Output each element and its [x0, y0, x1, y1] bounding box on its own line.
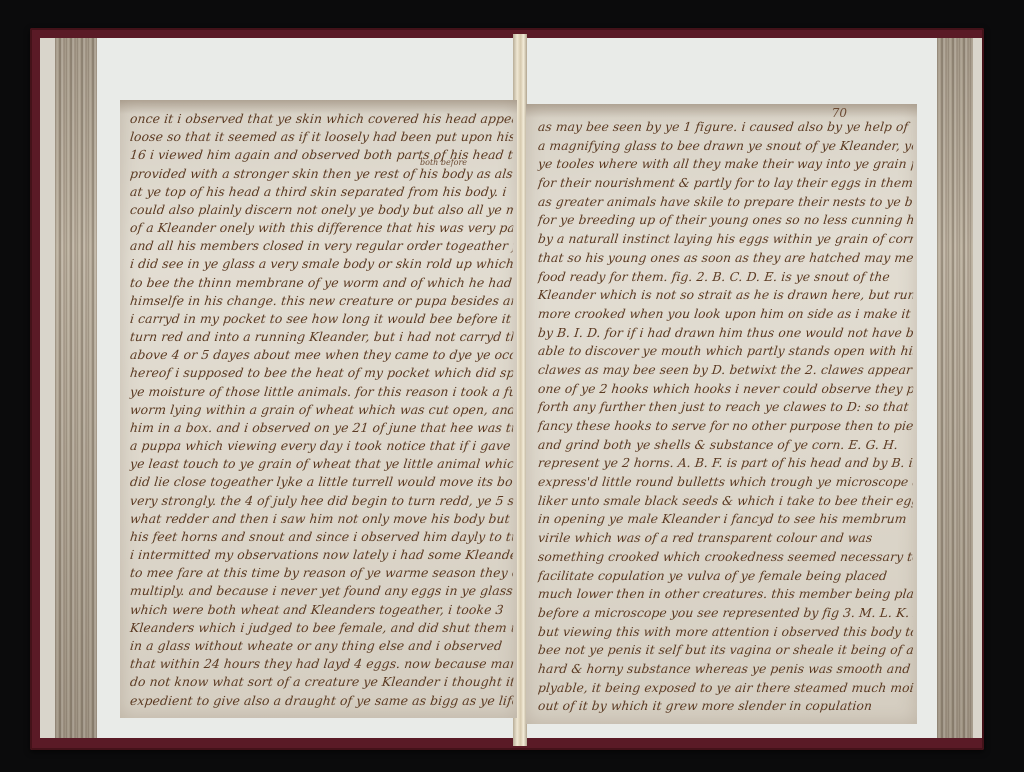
manuscript-line: which were both wheat and Kleanders toge…: [129, 601, 514, 619]
manuscript-line: hard & horny substance whereas ye penis …: [537, 660, 914, 679]
manuscript-line: more crooked when you look upon him on s…: [537, 305, 914, 324]
manuscript-line: Kleanders which i judged to bee female, …: [129, 619, 514, 637]
manuscript-line: at ye top of his head a third skin separ…: [129, 183, 514, 201]
manuscript-line: do not know what sort of a creature ye K…: [129, 673, 514, 691]
manuscript-line: as may bee seen by ye 1 figure. i caused…: [537, 118, 914, 137]
manuscript-line: that within 24 hours they had layd 4 egg…: [129, 655, 514, 673]
manuscript-line: able to discover ye mouth which partly s…: [537, 342, 914, 361]
manuscript-line: a puppa which viewing every day i took n…: [129, 437, 514, 455]
manuscript-line: that so his young ones as soon as they a…: [537, 249, 914, 268]
manuscript-line: liker unto smale black seeds & which i t…: [537, 492, 914, 511]
manuscript-line: 16 i viewed him again and observed both …: [129, 146, 514, 164]
manuscript-line: before a microscope you see represented …: [537, 604, 914, 623]
manuscript-line: ye moisture of those little animals. for…: [129, 383, 514, 401]
manuscript-line: worm lying within a grain of wheat which…: [129, 401, 514, 419]
manuscript-line: as greater animals have skile to prepare…: [537, 193, 914, 212]
manuscript-line: i intermitted my observations now lately…: [129, 546, 514, 564]
manuscript-line: of a Kleander onely with this difference…: [129, 219, 514, 237]
manuscript-line: i carryd in my pocket to see how long it…: [129, 310, 514, 328]
manuscript-line: his feet horns and snout and since i obs…: [129, 528, 514, 546]
right-manuscript-page: 70 as may bee seen by ye 1 figure. i cau…: [526, 104, 917, 724]
manuscript-line: and grind both ye shells & substance of …: [537, 436, 914, 455]
manuscript-line: out of it by which it grew more slender …: [537, 697, 914, 716]
manuscript-line: once it i observed that ye skin which co…: [129, 110, 514, 128]
manuscript-line: very strongly. the 4 of july hee did beg…: [129, 492, 514, 510]
manuscript-line: provided with a stronger skin then ye re…: [129, 165, 514, 183]
manuscript-line: something crooked which crookedness seem…: [537, 548, 914, 567]
right-page-stack: [937, 38, 973, 738]
manuscript-line: him in a box. and i observed on ye 21 of…: [129, 419, 514, 437]
manuscript-line: himselfe in his change. this new creatur…: [129, 292, 514, 310]
manuscript-line: a magnifying glass to bee drawn ye snout…: [537, 137, 914, 156]
manuscript-line: by B. I. D. for if i had drawn him thus …: [537, 324, 914, 343]
manuscript-line: ye least touch to ye grain of wheat that…: [129, 455, 514, 473]
manuscript-line: expedient to give also a draught of ye s…: [129, 692, 514, 710]
manuscript-line: bee not ye penis it self but its vagina …: [537, 641, 914, 660]
manuscript-line: forth any further then just to reach ye …: [537, 398, 914, 417]
manuscript-line: hereof i supposed to bee the heat of my …: [129, 364, 514, 382]
left-manuscript-page: both before once it i observed that ye s…: [120, 100, 517, 718]
left-page-stack: [55, 38, 97, 738]
manuscript-line: but viewing this with more attention i o…: [537, 623, 914, 642]
manuscript-line: express'd little round bulletts which tr…: [537, 473, 914, 492]
manuscript-line: turn red and into a running Kleander, bu…: [129, 328, 514, 346]
manuscript-line: food ready for them. fig. 2. B. C. D. E.…: [537, 268, 914, 287]
manuscript-line: Kleander which is not so strait as he is…: [537, 286, 914, 305]
manuscript-line: plyable, it being exposed to ye air ther…: [537, 679, 914, 698]
manuscript-line: above 4 or 5 dayes about mee when they c…: [129, 346, 514, 364]
manuscript-line: to mee fare at this time by reason of ye…: [129, 564, 514, 582]
manuscript-line: for their nourishment & partly for to la…: [537, 174, 914, 193]
manuscript-line: facilitate copulation ye vulva of ye fem…: [537, 567, 914, 586]
manuscript-line: multiply. and because i never yet found …: [129, 582, 514, 600]
left-page-text: once it i observed that ye skin which co…: [130, 110, 513, 710]
manuscript-line: in opening ye male Kleander i fancyd to …: [537, 510, 914, 529]
manuscript-line: and all his members closed in very regul…: [129, 237, 514, 255]
right-page-text: as may bee seen by ye 1 figure. i caused…: [538, 118, 913, 716]
manuscript-line: clawes as may bee seen by D. betwixt the…: [537, 361, 914, 380]
manuscript-line: to bee the thinn membrane of ye worm and…: [129, 274, 514, 292]
manuscript-line: represent ye 2 horns. A. B. F. is part o…: [537, 454, 914, 473]
manuscript-line: virile which was of a red transparent co…: [537, 529, 914, 548]
manuscript-line: did lie close togeather lyke a little tu…: [129, 473, 514, 491]
manuscript-line: in a glass without wheate or any thing e…: [129, 637, 514, 655]
manuscript-line: could also plainly discern not onely ye …: [129, 201, 514, 219]
manuscript-line: ye tooles where with all they make their…: [537, 155, 914, 174]
manuscript-line: for ye breeding up of their young ones s…: [537, 211, 914, 230]
manuscript-line: by a naturall instinct laying his eggs w…: [537, 230, 914, 249]
manuscript-line: fancy these hooks to serve for no other …: [537, 417, 914, 436]
manuscript-line: what redder and then i saw him not only …: [129, 510, 514, 528]
manuscript-line: much lower then in other creatures. this…: [537, 585, 914, 604]
manuscript-line: i did see in ye glass a very smale body …: [129, 255, 514, 273]
manuscript-line: one of ye 2 hooks which hooks i never co…: [537, 380, 914, 399]
manuscript-line: loose so that it seemed as if it loosely…: [129, 128, 514, 146]
